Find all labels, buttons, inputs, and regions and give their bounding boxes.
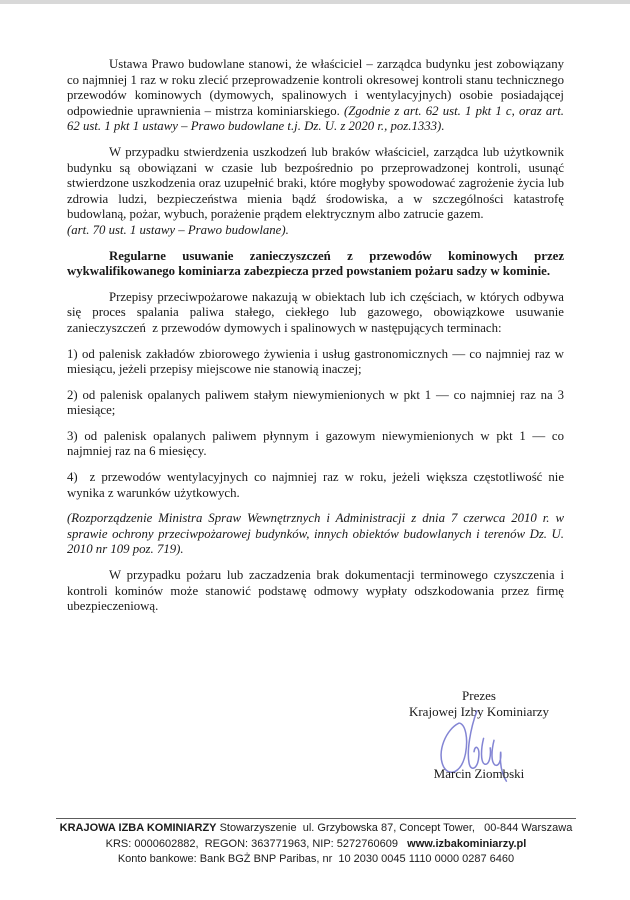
paragraph-text: W przypadku stwierdzenia uszkodzeń lub b…	[67, 145, 564, 221]
list-item-1: 1) od palenisk zakładów zbiorowego żywie…	[67, 347, 564, 378]
legal-citation-art70: (art. 70 ust. 1 ustawy – Prawo budowlane…	[67, 223, 564, 239]
footer-divider	[56, 818, 576, 819]
footer: KRAJOWA IZBA KOMINIARZY Stowarzyszenie u…	[56, 818, 576, 868]
signature-title: Prezes	[360, 688, 598, 704]
list-item-4: 4) z przewodów wentylacyjnych co najmnie…	[67, 470, 564, 501]
top-divider-bar	[0, 0, 630, 4]
signature-block: Prezes Krajowej Izby Kominiarzy Marcin Z…	[360, 688, 598, 788]
signature-org: Krajowej Izby Kominiarzy	[360, 704, 598, 720]
paragraph-insurance-warning: W przypadku pożaru lub zaczadzenia brak …	[67, 568, 564, 615]
list-item-3: 3) od palenisk opalanych paliwem płynnym…	[67, 429, 564, 460]
paragraph-regulation-citation: (Rozporządzenie Ministra Spraw Wewnętrzn…	[67, 511, 564, 558]
list-item-2: 2) od palenisk opalanych paliwem stałym …	[67, 388, 564, 419]
document-page: Ustawa Prawo budowlane stanowi, że właśc…	[0, 0, 630, 900]
footer-website: www.izbakominiarzy.pl	[407, 838, 526, 850]
paragraph-bold-statement: Regularne usuwanie zanieczyszczeń z prze…	[67, 249, 564, 280]
paragraph-building-law: Ustawa Prawo budowlane stanowi, że właśc…	[67, 57, 564, 135]
signature-stroke-oval	[441, 723, 467, 772]
paragraph-defects-obligation: W przypadku stwierdzenia uszkodzeń lub b…	[67, 145, 564, 239]
footer-bank-line: Konto bankowe: Bank BGŻ BNP Paribas, nr …	[56, 852, 576, 868]
footer-bank-account: Konto bankowe: Bank BGŻ BNP Paribas, nr …	[118, 853, 514, 865]
footer-address: Stowarzyszenie ul. Grzybowska 87, Concep…	[217, 822, 573, 834]
document-body: Ustawa Prawo budowlane stanowi, że właśc…	[67, 57, 564, 625]
footer-address-line: KRAJOWA IZBA KOMINIARZY Stowarzyszenie u…	[56, 821, 576, 837]
footer-registry-ids: KRS: 0000602882, REGON: 363771963, NIP: …	[106, 838, 408, 850]
signature-name: Marcin Ziombski	[360, 766, 598, 782]
footer-registry-line: KRS: 0000602882, REGON: 363771963, NIP: …	[56, 837, 576, 853]
footer-org-name: KRAJOWA IZBA KOMINIARZY	[60, 822, 217, 834]
paragraph-fire-regulations-intro: Przepisy przeciwpożarowe nakazują w obie…	[67, 290, 564, 337]
